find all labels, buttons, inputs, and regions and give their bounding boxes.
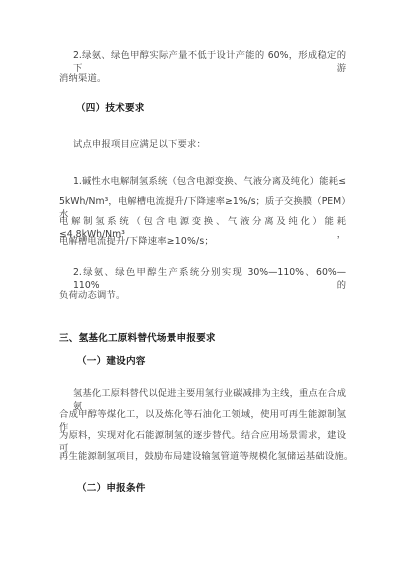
section-heading-application-conditions: （二）申报条件 xyxy=(77,482,146,495)
body-text-line: 试点申报项目应满足以下要求： xyxy=(73,138,206,151)
body-text-line: 2.绿氨、绿色甲醇实际产量不低于设计产能的 60%，形成稳定的下游 xyxy=(73,49,346,75)
section-heading-technical-requirements: （四）技术要求 xyxy=(76,102,145,115)
section-heading-construction-content: （一）建设内容 xyxy=(77,355,146,368)
chapter-heading-hydrogen-chemical-feedstock: 三、氢基化工原料替代场景申报要求 xyxy=(59,332,216,345)
body-text-line: 1.碱性水电解制氢系统（包含电源变换、气液分离及纯化）能耗≤ xyxy=(73,175,346,188)
body-text-line: 消纳渠道。 xyxy=(59,72,107,85)
body-text-line: 电解槽电流提升/下降速率≥10%/s； xyxy=(59,235,214,248)
body-text-line: 负荷动态调节。 xyxy=(59,289,125,302)
document-page: 2.绿氨、绿色甲醇实际产量不低于设计产能的 60%，形成稳定的下游 消纳渠道。 … xyxy=(0,0,400,565)
body-text-line: 再生能源制氢项目，鼓励布局建设输氢管道等规模化氢储运基础设施。 xyxy=(59,450,353,463)
